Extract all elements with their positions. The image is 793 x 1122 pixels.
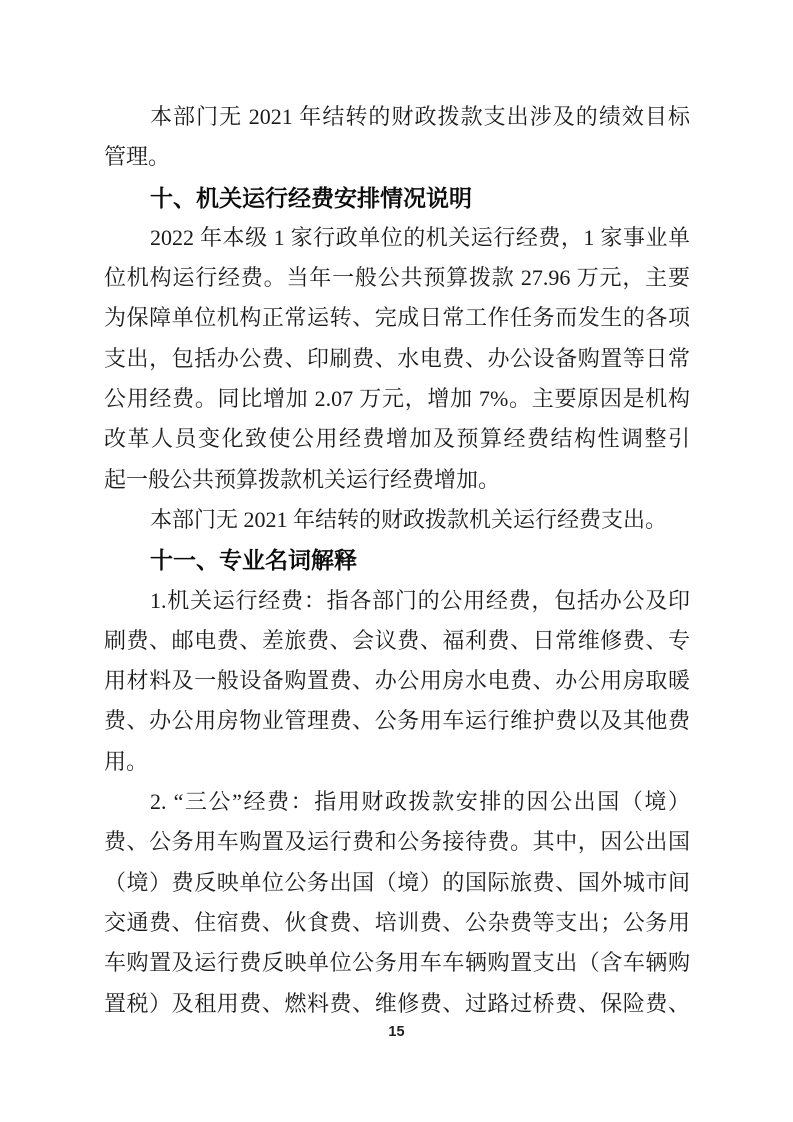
text-line: 本部门无 2021 年结转的财政拨款机关运行经费支出。 xyxy=(104,500,690,540)
text-column: 本部门无 2021 年结转的财政拨款支出涉及的绩效目标管理。十、机关运行经费安排… xyxy=(104,97,690,1024)
text-line: 刷费、邮电费、差旅费、会议费、福利费、日常维修费、专 xyxy=(104,621,690,661)
text-line: 为保障单位机构正常运转、完成日常工作任务而发生的各项 xyxy=(104,298,690,338)
text-line: 位机构运行经费。当年一般公共预算拨款 27.96 万元，主要 xyxy=(104,258,690,298)
text-line: 2022 年本级 1 家行政单位的机关运行经费，1 家事业单 xyxy=(104,218,690,258)
text-line: 费、办公用房物业管理费、公务用车运行维护费以及其他费 xyxy=(104,701,690,741)
text-line: 2. “三公”经费：指用财政拨款安排的因公出国（境） xyxy=(104,782,690,822)
text-line: 费、公务用车购置及运行费和公务接待费。其中，因公出国 xyxy=(104,822,690,862)
text-line: 管理。 xyxy=(104,137,690,177)
text-line: 用材料及一般设备购置费、办公用房水电费、办公用房取暖 xyxy=(104,661,690,701)
text-line: 改革人员变化致使公用经费增加及预算经费结构性调整引 xyxy=(104,419,690,459)
text-line: 公用经费。同比增加 2.07 万元，增加 7%。主要原因是机构 xyxy=(104,379,690,419)
text-line: 交通费、住宿费、伙食费、培训费、公杂费等支出；公务用 xyxy=(104,903,690,943)
page-number: 15 xyxy=(0,1024,793,1040)
text-line: 起一般公共预算拨款机关运行经费增加。 xyxy=(104,460,690,500)
text-line: 1.机关运行经费：指各部门的公用经费，包括办公及印 xyxy=(104,581,690,621)
text-line: 车购置及运行费反映单位公务用车车辆购置支出（含车辆购 xyxy=(104,943,690,983)
section-heading: 十、机关运行经费安排情况说明 xyxy=(104,178,690,218)
text-line: 置税）及租用费、燃料费、维修费、过路过桥费、保险费、 xyxy=(104,984,690,1024)
text-line: （境）费反映单位公务出国（境）的国际旅费、国外城市间 xyxy=(104,863,690,903)
document-page: 本部门无 2021 年结转的财政拨款支出涉及的绩效目标管理。十、机关运行经费安排… xyxy=(0,0,793,1122)
section-heading: 十一、专业名词解释 xyxy=(104,540,690,580)
text-line: 本部门无 2021 年结转的财政拨款支出涉及的绩效目标 xyxy=(104,97,690,137)
text-line: 用。 xyxy=(104,742,690,782)
text-line: 支出，包括办公费、印刷费、水电费、办公设备购置等日常 xyxy=(104,339,690,379)
